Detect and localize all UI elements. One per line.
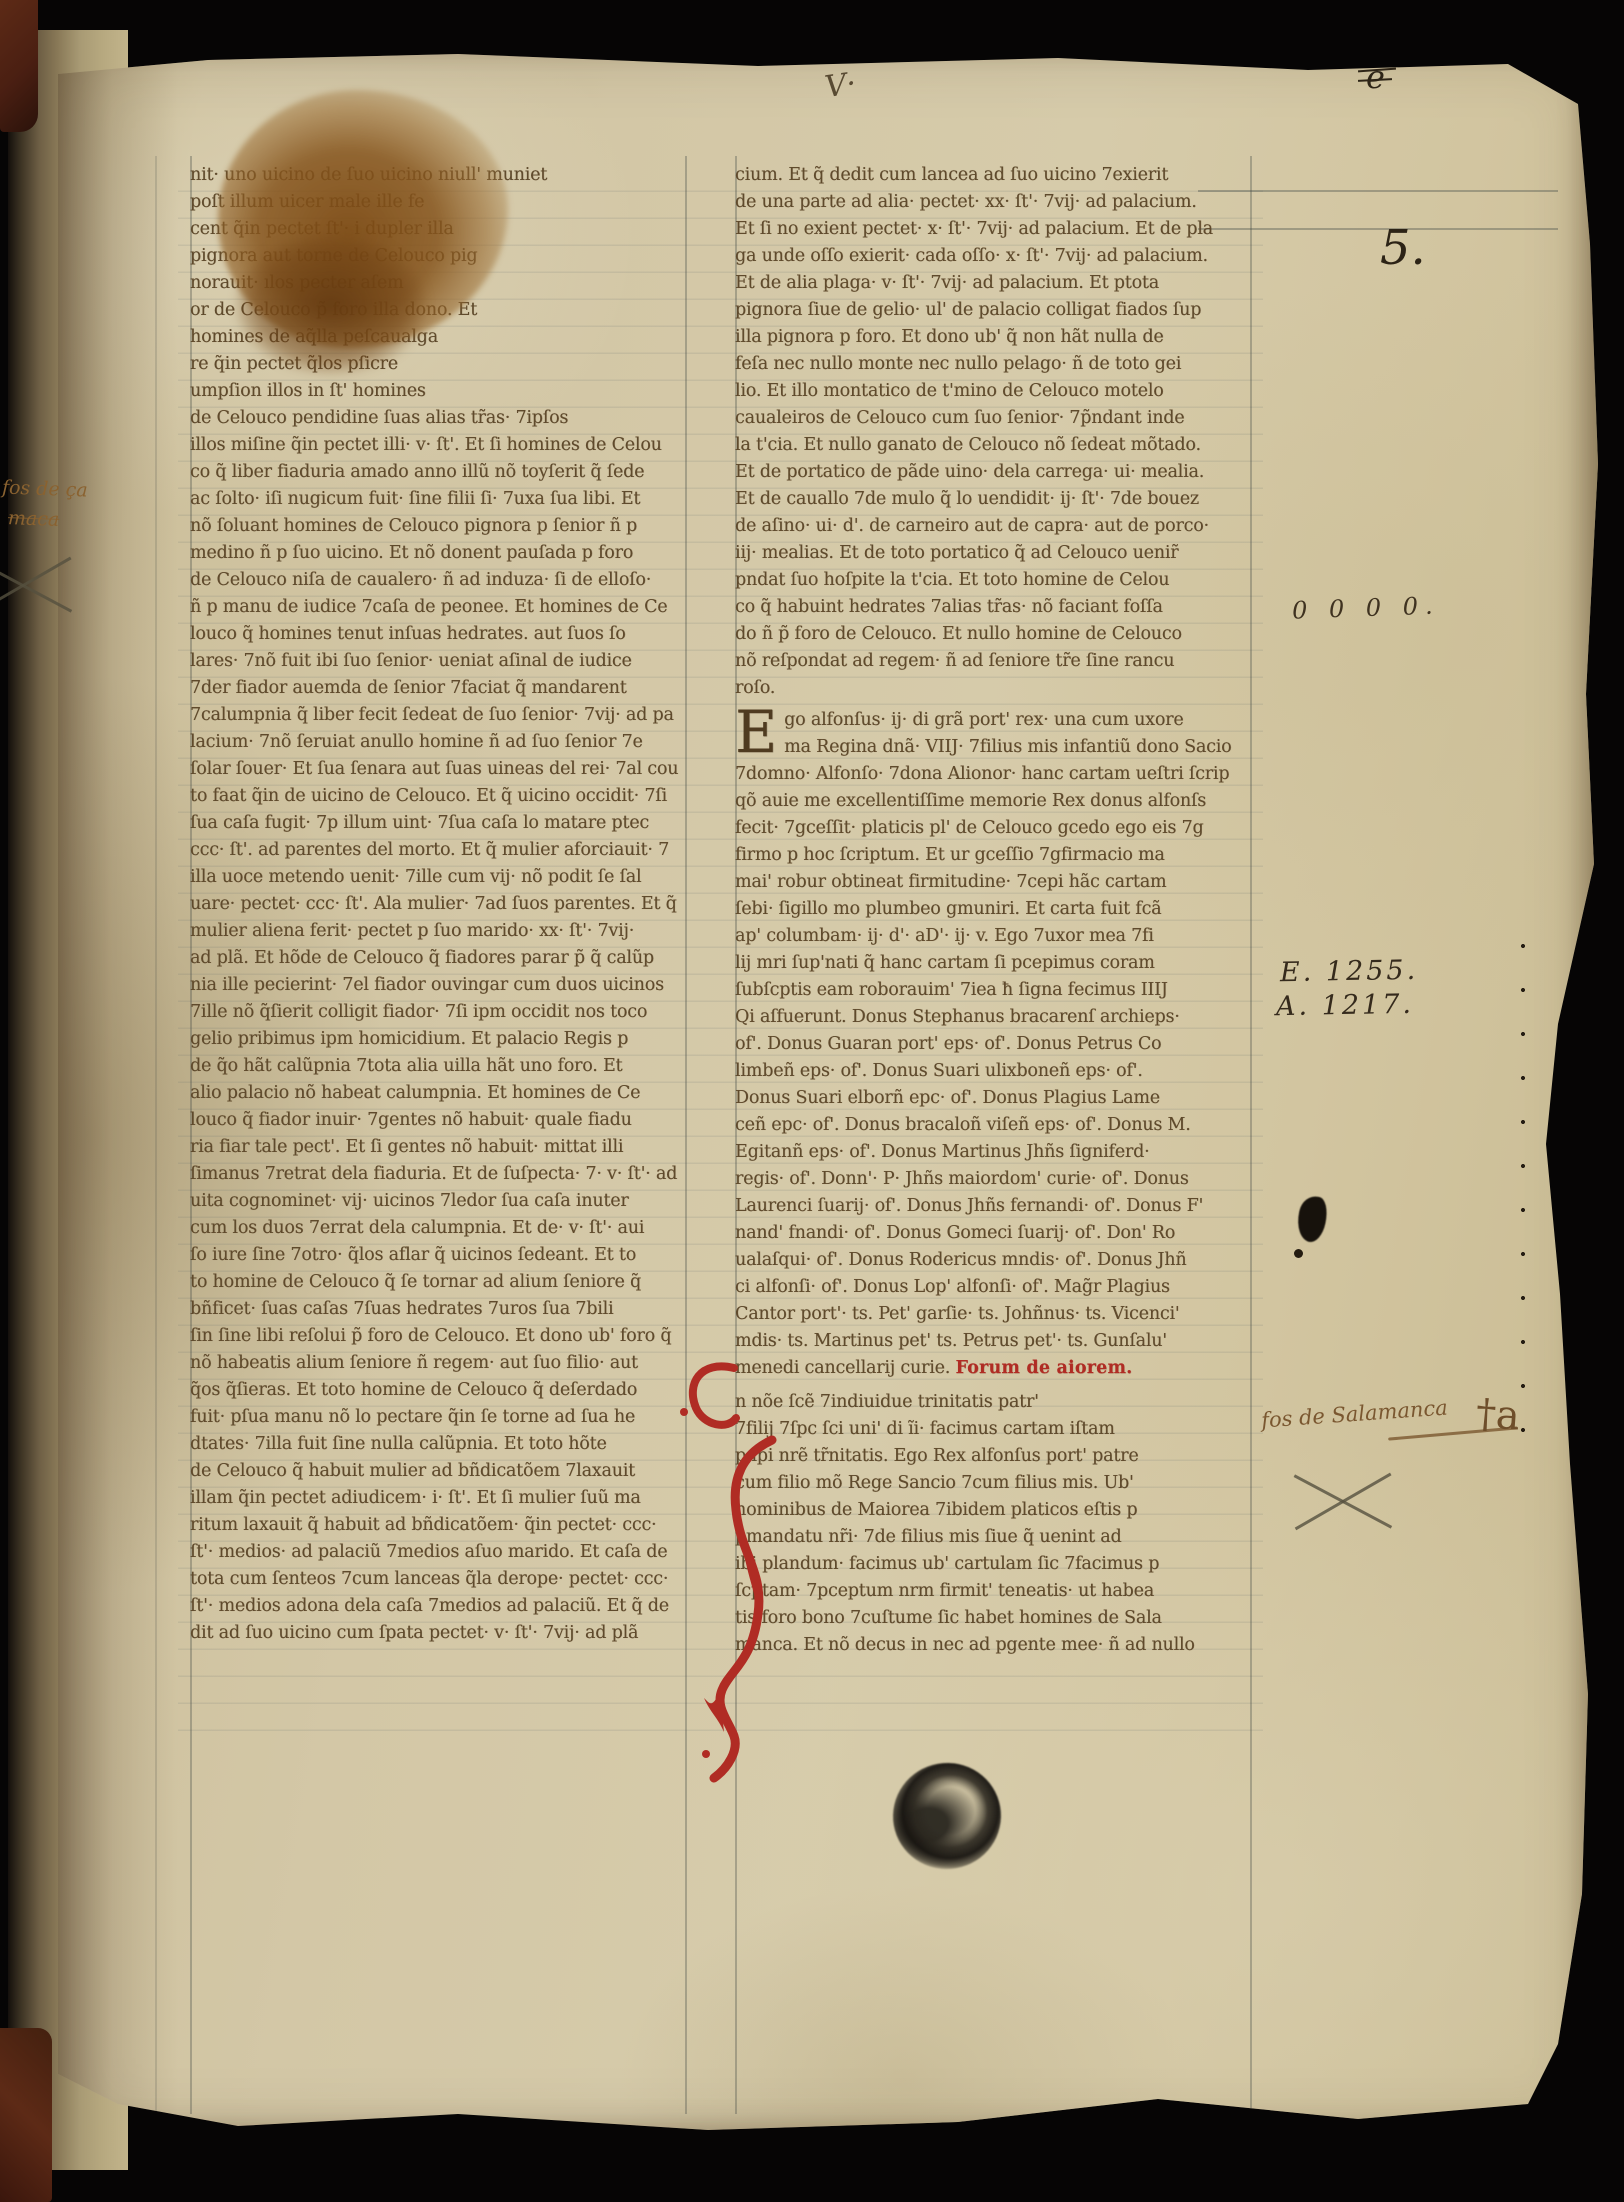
charter-block-confirmation: E go alfonſus· ij· di grã port' rex· una… <box>735 707 1255 1004</box>
manuscript-text-line: roſo. <box>735 675 1255 702</box>
manuscript-text-line: de q̃o hãt calũpnia 7tota alia uilla hãt… <box>190 1053 688 1080</box>
manuscript-photo: { "marginalia": { "quire_mark": "e", "to… <box>0 0 1624 2202</box>
manuscript-text-line: of'. Donus Guaran port' eps· of'. Donus … <box>735 1031 1255 1058</box>
manuscript-text-line: ac ſolto· iſi nugicum fuit· ſine filii ſ… <box>190 486 688 513</box>
manuscript-text-line: ſt'· medios· ad palaciũ 7medios aſuo mar… <box>190 1539 688 1566</box>
manuscript-text-line: iij· mealias. Et de toto portatico q̃ ad… <box>735 540 1255 567</box>
manuscript-text-line: pmandatu nr̃i· 7de filius mis ſiue q̃ ue… <box>735 1524 1255 1551</box>
manuscript-text-line: ci alfonſi· of'. Donus Lop' alfonſi· of'… <box>735 1274 1255 1301</box>
manuscript-text-line: ualaſqui· of'. Donus Rodericus mndis· of… <box>735 1247 1255 1274</box>
manuscript-text-line: de aſino· ui· d'. de carneiro aut de cap… <box>735 513 1255 540</box>
gutter-margin-note-line1: fos de ça <box>2 477 88 502</box>
manuscript-text-line: dtates· 7illa fuit ſine nulla calũpnia. … <box>190 1431 688 1458</box>
zeros-margin-note: 0 0 0 0. <box>1292 591 1440 624</box>
manuscript-text-line: bñficet· ſuas caſas 7ſuas hedrates 7uros… <box>190 1296 688 1323</box>
manuscript-text-line: regis· of'. Donn'· P· Jhñs maiordom' cur… <box>735 1166 1255 1193</box>
manuscript-text-line: illa uoce metendo uenit· 7ille cum vij· … <box>190 864 688 891</box>
manuscript-text-line: cium. Et q̃ dedit cum lancea ad ſuo uici… <box>735 162 1255 189</box>
rubric-line: menedi cancellarij curie. Forum de aiore… <box>735 1355 1255 1382</box>
manuscript-text-line: umpſion illos in ſt' homines <box>190 378 688 405</box>
manuscript-text-line: nõ reſpondat ad regem· ñ ad ſeniore tr̃e… <box>735 648 1255 675</box>
manuscript-text-line: 7calumpnia q̃ liber fecit ſedeat de ſuo … <box>190 702 688 729</box>
manuscript-text-line: go alfonſus· ij· di grã port' rex· una c… <box>784 707 1255 734</box>
cross-mark: †a <box>1474 1391 1521 1440</box>
manuscript-text-line: co q̃ liber fiaduria amado anno illũ nõ … <box>190 459 688 486</box>
manuscript-text-line: louco q̃ fiador inuir· 7gentes nõ habuit… <box>190 1107 688 1134</box>
manuscript-text-line: 7filij 7ſpc ſci uni' di ĩi· facimus cart… <box>735 1416 1255 1443</box>
manuscript-text-line: q̃os q̃ſieras. Et toto homine de Celouco… <box>190 1377 688 1404</box>
manuscript-text-line: fuit· pſua manu nõ lo pectare q̃in ſe to… <box>190 1404 688 1431</box>
manuscript-text-line: dit ad ſuo uicino cum ſpata pectet· v· ſ… <box>190 1620 688 1647</box>
pencil-x-mark-margin <box>1288 1468 1388 1538</box>
manuscript-text-line: tis foro bono 7cuſtume ſic habet homines… <box>735 1605 1255 1632</box>
manuscript-text-line: ſcptam· 7pceptum nrm firmit' teneatis· u… <box>735 1578 1255 1605</box>
manuscript-text-line: hominibus de Maiorea 7ibidem platicos eſ… <box>735 1497 1255 1524</box>
manuscript-text-line: p ipi nrẽ tr̃nitatis. Ego Rex alfonſus p… <box>735 1443 1255 1470</box>
ruling-vertical <box>155 156 157 2114</box>
manuscript-text-line: ſimanus 7retrat dela fiaduria. Et de ſuſ… <box>190 1161 688 1188</box>
oval-library-stamp <box>885 1754 1010 1877</box>
manuscript-text-line: ceñ epc· of'. Donus bracaloñ viſeñ eps· … <box>735 1112 1255 1139</box>
manuscript-text-line: cum los duos 7errat dela calumpnia. Et d… <box>190 1215 688 1242</box>
manuscript-text-line: Laurenci ſuarij· of'. Donus Jhñs fernand… <box>735 1193 1255 1220</box>
manuscript-text-line: ria fiar tale pect'. Et ſi gentes nõ hab… <box>190 1134 688 1161</box>
manuscript-text-line: mdis· ts. Martinus pet' ts. Petrus pet'·… <box>735 1328 1255 1355</box>
manuscript-text-line: caualeiros de Celouco cum ſuo ſenior· 7p… <box>735 405 1255 432</box>
manuscript-text-line: Qi aſfuerunt. Donus Stephanus bracarenſ … <box>735 1004 1255 1031</box>
manuscript-text-line: to faat q̃in de uicino de Celouco. Et q̃… <box>190 783 688 810</box>
manuscript-text-line: ſubſcptis eam roborauim' 7iea ħ ſigna fe… <box>735 977 1255 1004</box>
red-rubric-heading: Forum de aiorem. <box>956 1358 1133 1378</box>
initial-J-flourish <box>670 1356 790 1816</box>
manuscript-text-line: n nõe ſcẽ 7indiuidue trinitatis patr' <box>735 1389 1255 1416</box>
manuscript-text-line: de una parte ad alia· pectet· xx· ſt'· 7… <box>735 189 1255 216</box>
manuscript-text-line: ſo iure ſine 7otro· q̃los aflar q̃ uicin… <box>190 1242 688 1269</box>
manuscript-text-line: louco q̃ homines tenut inſuas hedrates. … <box>190 621 688 648</box>
manuscript-text-line: ibi plandum· facimus ub' cartulam ſic 7f… <box>735 1551 1255 1578</box>
manuscript-text-line: ma Regina dnã· VIIJ· 7filius mis infanti… <box>784 734 1255 761</box>
manuscript-text-line: pignora ſiue de gelio· ul' de palacio co… <box>735 297 1255 324</box>
manuscript-text-line: nõ habeatis alium ſeniore ñ regem· aut ſ… <box>190 1350 688 1377</box>
text-column-left: nit· uno uicino de ſuo uicino niull' mun… <box>190 162 688 1647</box>
manuscript-text-line: lij mri ſup'nati q̃ hanc cartam ſi pcepi… <box>735 950 1255 977</box>
manuscript-text-line: uare· pectet· ccc· ſt'. Ala mulier· 7ad … <box>190 891 688 918</box>
manuscript-text-line: manca. Et nõ decus in nec ad pgente mee·… <box>735 1632 1255 1659</box>
manuscript-text-line: nia ille pecierint· 7el fiador ouvingar … <box>190 972 688 999</box>
manuscript-text-line: co q̃ habuint hedrates 7alias tr̃as· nõ … <box>735 594 1255 621</box>
parchment-folio: e V· 5. nit· uno uicino de ſuo uicino ni… <box>58 44 1598 2142</box>
manuscript-text-line: Cantor port'· ts. Pet' garſie· ts. Johñn… <box>735 1301 1255 1328</box>
manuscript-text-line: qõ auie me excellentiſſime memorie Rex d… <box>735 788 1255 815</box>
manuscript-text-line: 7domno· Alfonſo· 7dona Alionor· hanc car… <box>735 761 1255 788</box>
manuscript-text-line: la t'cia. Et nullo ganato de Celouco nõ … <box>735 432 1255 459</box>
manuscript-text-line: lacium· 7nõ ſeruiat anullo homine ñ ad ſ… <box>190 729 688 756</box>
manuscript-text-line: ga unde oſſo exierit· cada oſſo· x· ſt'·… <box>735 243 1255 270</box>
witness-list-block: Qi aſfuerunt. Donus Stephanus bracarenſ … <box>735 1004 1255 1355</box>
manuscript-text-line: Et de cauallo 7de mulo q̃ lo uendidit· i… <box>735 486 1255 513</box>
manuscript-text-line: feſa nec nullo monte nec nullo pelago· ñ… <box>735 351 1255 378</box>
manuscript-text-line: firmo p hoc ſcriptum. Et ur gceſſio 7gfi… <box>735 842 1255 869</box>
manuscript-text-line: medino ñ p ſuo uicino. Et nõ donent pauſ… <box>190 540 688 567</box>
manuscript-text-line: Egitanñ eps· of'. Donus Martinus Jhñs ſi… <box>735 1139 1255 1166</box>
manuscript-text-line: limbeñ eps· of'. Donus Suari ulixboneñ e… <box>735 1058 1255 1085</box>
manuscript-text-line: de Celouco niſa de caualero· ñ ad induza… <box>190 567 688 594</box>
manuscript-text-line: lares· 7nõ fuit ibi ſuo ſenior· ueniat a… <box>190 648 688 675</box>
binding-spine-fragment-top <box>0 0 38 132</box>
manuscript-text-line: Et de alia plaga· v· ſt'· 7vij· ad palac… <box>735 270 1255 297</box>
gutter-shadow <box>58 44 178 2142</box>
ink-blot <box>1294 1194 1331 1245</box>
manuscript-text-line: ñ p manu de iudice 7caſa de peonee. Et h… <box>190 594 688 621</box>
manuscript-text-line: pndat ſuo hoſpite la t'cia. Et toto homi… <box>735 567 1255 594</box>
manuscript-text-line: 7der fiador auemda de ſenior 7faciat q̃ … <box>190 675 688 702</box>
confirmation-lines: go alfonſus· ij· di grã port' rex· una c… <box>735 707 1255 1004</box>
manuscript-text-line: nõ ſoluant homines de Celouco pignora p … <box>190 513 688 540</box>
pencil-x-mark-gutter <box>0 552 68 622</box>
manuscript-text-line: illam q̃in pectet adiudicem· i· ſt'. Et … <box>190 1485 688 1512</box>
manuscript-text-line: illa pignora p foro. Et dono ub' q̃ non … <box>735 324 1255 351</box>
ink-blot-dot <box>1294 1249 1303 1258</box>
top-center-mark: V· <box>823 66 859 105</box>
manuscript-text-line: fecit· 7gceſſit· platicis pl' de Celouco… <box>735 815 1255 842</box>
manuscript-text-line: mai' robur obtineat firmitudine· 7cepi h… <box>735 869 1255 896</box>
manuscript-text-line: cum filio mõ Rege Sancio 7cum filius mis… <box>735 1470 1255 1497</box>
manuscript-text-line: re q̃in pectet q̃los pſicre <box>190 351 688 378</box>
quire-letter: e <box>1366 58 1385 96</box>
manuscript-text-line: Donus Suari elborñ epc· of'. Donus Plagi… <box>735 1085 1255 1112</box>
manuscript-text-line: illos miſine q̃in pectet illi· v· ſt'. E… <box>190 432 688 459</box>
manuscript-text-line: ſt'· medios adona dela caſa 7medios ad p… <box>190 1593 688 1620</box>
manuscript-text-line: Et ſi no exient pectet· x· ſt'· 7vij· ad… <box>735 216 1255 243</box>
manuscript-text-line: ccc· ſt'. ad parentes del morto. Et q̃ m… <box>190 837 688 864</box>
text-column-right: cium. Et q̃ dedit cum lancea ad ſuo uici… <box>735 162 1255 1659</box>
manuscript-text-line: gelio pribimus ipm homicidium. Et palaci… <box>190 1026 688 1053</box>
manuscript-text-line: to homine de Celouco q̃ ſe tornar ad ali… <box>190 1269 688 1296</box>
manuscript-text-line: 7ille nõ q̃ſierit colligit fiador· 7ſi i… <box>190 999 688 1026</box>
binding-spine-fragment-bottom <box>0 2028 52 2202</box>
manuscript-text-line: alio palacio nõ habeat calumpnia. Et hom… <box>190 1080 688 1107</box>
anno-date-note: A. 1217. <box>1276 989 1414 1022</box>
brown-stain-dark-lobe <box>236 234 426 374</box>
initial-E: E <box>735 708 777 760</box>
charter-block-1: cium. Et q̃ dedit cum lancea ad ſuo uici… <box>735 162 1255 702</box>
salamanca-margin-note: fos de Salamanca <box>1260 1396 1448 1433</box>
era-date-note: E. 1255. <box>1280 955 1419 988</box>
manuscript-text-line: do ñ p̃ foro de Celouco. Et nullo homine… <box>735 621 1255 648</box>
quire-signature-mark: e <box>1366 58 1385 96</box>
manuscript-text-line: ad plã. Et hõde de Celouco q̃ fiadores p… <box>190 945 688 972</box>
pricking-dots <box>1520 924 1526 1464</box>
gutter-margin-note-line2: maca <box>8 507 60 531</box>
charter-block-fuero: n nõe ſcẽ 7indiuidue trinitatis patr'7fi… <box>735 1389 1255 1659</box>
manuscript-text-line: mulier aliena ferit· pectet p ſuo marido… <box>190 918 688 945</box>
manuscript-text-line: de Celouco pendidine ſuas alias tr̃as· 7… <box>190 405 688 432</box>
manuscript-text-line: ſin ſine libi reſolui p̃ foro de Celouco… <box>190 1323 688 1350</box>
manuscript-text-line: uita cognominet· vij· uicinos 7ledor ſua… <box>190 1188 688 1215</box>
manuscript-text-line: Et de portatico de pãde uino· dela carre… <box>735 459 1255 486</box>
folio-number: 5. <box>1380 220 1426 276</box>
manuscript-text-line: ſolar ſouer· Et ſua ſenara aut ſuas uine… <box>190 756 688 783</box>
manuscript-text-line: ſua caſa fugit· 7p illum uint· 7ſua caſa… <box>190 810 688 837</box>
manuscript-text-line: ſebi· ſigillo mo plumbeo gmuniri. Et car… <box>735 896 1255 923</box>
manuscript-text-line: de Celouco q̃ habuit mulier ad bñdicatõe… <box>190 1458 688 1485</box>
manuscript-text-line: tota cum ſenteos 7cum lanceas q̃la derop… <box>190 1566 688 1593</box>
manuscript-text-line: nand' fnandi· of'. Donus Gomeci ſuarij· … <box>735 1220 1255 1247</box>
manuscript-text-line: ritum laxauit q̃ habuit ad bñdicatõem· q… <box>190 1512 688 1539</box>
manuscript-text-line: lio. Et illo montatico de t'mino de Celo… <box>735 378 1255 405</box>
manuscript-text-line: ap' columbam· ij· d'· aD'· ij· v. Ego 7u… <box>735 923 1255 950</box>
